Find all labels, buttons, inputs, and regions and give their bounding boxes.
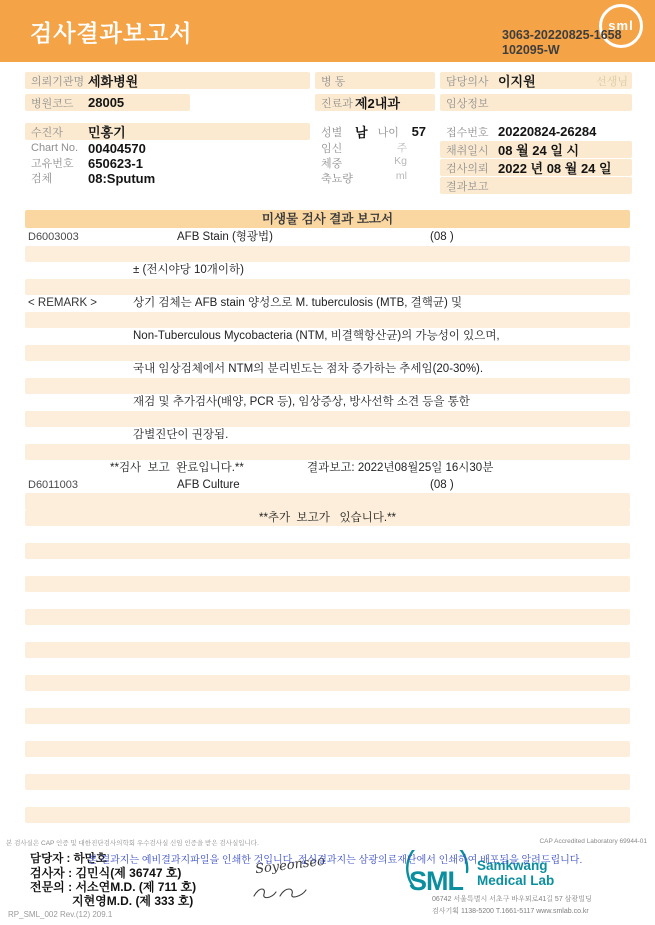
- stripe: [25, 741, 630, 758]
- stripe: [25, 609, 630, 626]
- result-value-row: ± (전시야당 10개이하): [25, 262, 630, 279]
- info-column-left: 의뢰기관명 세화병원 병원코드 28005 수진자 민홍기 Chart No. …: [25, 72, 310, 186]
- receipt-no-value: 20220824-26284: [498, 124, 596, 139]
- remark-line: 감별진단이 권장됨.: [133, 427, 228, 444]
- row-unique-no: 고유번호 650623-1: [25, 156, 310, 170]
- specialist-line-2: 지현영M.D. (제 333 호): [72, 892, 193, 909]
- specimen-code: (08 ): [430, 229, 454, 246]
- row-urine: 축뇨량 ml: [315, 171, 435, 185]
- age-value: 57: [412, 124, 426, 139]
- stripe: [25, 378, 630, 395]
- sex-value: 남: [355, 122, 368, 141]
- row-reported: 결과보고: [440, 177, 632, 194]
- row-receipt-no: 접수번호 20220824-26284: [440, 123, 632, 140]
- stripe: [25, 774, 630, 791]
- remark-row-4: 재검 및 추가검사(배양, PCR 등), 임상증상, 방사선학 소견 등을 통…: [25, 394, 630, 411]
- row-clinical-info: 임상정보: [440, 94, 632, 111]
- report-footer: 본 검사실은 CAP 인증 및 대한진단검사의학회 우수검사실 신임 인증을 받…: [0, 836, 655, 925]
- remark-line: 국내 임상검체에서 NTM의 분리빈도는 점차 증가하는 추세임(20-30%)…: [133, 361, 483, 378]
- collected-value: 08 월 24 일 시: [498, 140, 579, 159]
- row-doctor: 담당의사 이지원 선생님: [440, 72, 632, 89]
- completion-message: **검사 보고 완료입니다.**: [110, 460, 244, 477]
- row-pregnancy: 임신 주: [315, 141, 435, 155]
- row-specimen: 검체 08:Sputum: [25, 171, 310, 185]
- stripe: [25, 411, 630, 428]
- result-row-afb-culture: D6011003 AFB Culture (08 ): [25, 477, 630, 494]
- doctor-label: 담당의사: [446, 73, 498, 89]
- department-value: 제2내과: [355, 93, 400, 112]
- additional-report-notice: **추가 보고가 있습니다.**: [25, 510, 630, 527]
- hospital-code-label: 병원코드: [31, 95, 88, 111]
- completion-row: **검사 보고 완료입니다.** 결과보고: 2022년08월25일 16시30…: [25, 460, 630, 477]
- specimen-code: (08 ): [430, 477, 454, 494]
- page-title: 검사결과보고서: [30, 15, 193, 48]
- result-row-afb-stain: D6003003 AFB Stain (형광법) (08 ): [25, 229, 630, 246]
- sml-wordmark-line2: Medical Lab: [477, 873, 554, 888]
- results-section: 미생물 검사 결과 보고서 D6003003 AFB Stain (형광법) (…: [25, 210, 630, 823]
- stripe: [25, 444, 630, 461]
- pregnancy-unit: 주: [397, 140, 407, 156]
- row-patient: 수진자 민홍기: [25, 123, 310, 140]
- info-column-middle: 병 동 진료과 제2내과 성별 남 나이 57 임신 주 체중 Kg: [315, 72, 435, 186]
- preliminary-notice: 본 결과지는 예비결과지파일을 인쇄한 것입니다. 정식결과지는 삼광의료재단에…: [88, 851, 582, 866]
- specimen-value: 08:Sputum: [88, 171, 155, 186]
- report-header: 검사결과보고서 3063-20220825-1658 102095-W sml: [0, 0, 655, 62]
- remark-row-3: 국내 임상검체에서 NTM의 분리빈도는 점차 증가하는 추세임(20-30%)…: [25, 361, 630, 378]
- pregnancy-label: 임신: [321, 140, 355, 156]
- stripe: [25, 543, 630, 560]
- svg-text:SML: SML: [409, 866, 464, 896]
- document-code: RP_SML_002 Rev.(12) 209.1: [8, 910, 112, 919]
- specimen-label: 검체: [31, 170, 88, 186]
- ordering-org-label: 의뢰기관명: [31, 73, 88, 89]
- stripe: [25, 642, 630, 659]
- row-ward: 병 동: [315, 72, 435, 89]
- stripe: [25, 345, 630, 362]
- afb-stain-result: ± (전시야당 10개이하): [133, 262, 244, 279]
- row-requested: 검사의뢰 2022 년 08 월 24 일: [440, 159, 632, 176]
- stripe: [25, 708, 630, 725]
- sex-label: 성별: [321, 124, 355, 140]
- clinical-info-label: 임상정보: [446, 95, 503, 111]
- unique-no-value: 650623-1: [88, 156, 143, 171]
- age-label: 나이: [378, 124, 412, 140]
- remark-row-1: < REMARK > 상기 검체는 AFB stain 양성으로 M. tube…: [25, 295, 630, 312]
- remark-label: < REMARK >: [28, 295, 97, 312]
- row-ordering-org: 의뢰기관명 세화병원: [25, 72, 310, 89]
- reported-label: 결과보고: [446, 178, 498, 194]
- test-code: D6011003: [28, 477, 78, 494]
- report-number-line2: 102095-W: [502, 43, 622, 58]
- collected-label: 채취일시: [446, 142, 498, 158]
- test-name: AFB Stain (형광법): [177, 229, 273, 246]
- row-sex-age: 성별 남 나이 57: [315, 123, 435, 140]
- urine-label: 축뇨량: [321, 170, 355, 186]
- row-weight: 체중 Kg: [315, 156, 435, 170]
- hospital-code-value: 28005: [88, 95, 124, 110]
- remark-row-5: 감별진단이 권장됨.: [25, 427, 630, 444]
- test-name: AFB Culture: [177, 477, 240, 494]
- lab-address: 06742 서울특별시 서초구 바우뫼로41길 57 삼광빌딩: [432, 894, 592, 904]
- remark-row-2: Non-Tuberculous Mycobacteria (NTM, 비결핵항산…: [25, 328, 630, 345]
- ordering-org-value: 세화병원: [88, 71, 138, 90]
- receipt-no-label: 접수번호: [446, 124, 498, 140]
- doctor-suffix: 선생님: [596, 73, 628, 89]
- stripe: [25, 493, 630, 510]
- report-timestamp: 결과보고: 2022년08월25일 16시30분: [307, 460, 493, 477]
- section-title: 미생물 검사 결과 보고서: [25, 210, 630, 228]
- patient-label: 수진자: [31, 124, 88, 140]
- accreditation-text: 본 검사실은 CAP 인증 및 대한진단검사의학회 우수검사실 신임 인증을 받…: [6, 838, 259, 847]
- chart-no-value: 00404570: [88, 141, 146, 156]
- row-department: 진료과 제2내과: [315, 94, 435, 111]
- stripe: [25, 312, 630, 329]
- stripe: [25, 807, 630, 824]
- requested-value: 2022 년 08 월 24 일: [498, 158, 612, 177]
- ward-label: 병 동: [321, 73, 378, 89]
- stripe: [25, 246, 630, 263]
- stripe: [25, 576, 630, 593]
- chart-no-label: Chart No.: [31, 142, 88, 154]
- remark-line: 상기 검체는 AFB stain 양성으로 M. tuberculosis (M…: [133, 295, 462, 312]
- row-hospital-code: 병원코드 28005: [25, 94, 190, 111]
- lab-report-page: 검사결과보고서 3063-20220825-1658 102095-W sml …: [0, 0, 655, 925]
- weight-unit: Kg: [394, 155, 407, 171]
- requested-label: 검사의뢰: [446, 160, 498, 176]
- report-number: 3063-20220825-1658 102095-W: [502, 28, 622, 58]
- weight-label: 체중: [321, 155, 355, 171]
- cap-accreditation-text: CAP Accredited Laboratory 69944-01: [539, 838, 647, 845]
- info-column-right: 담당의사 이지원 선생님 임상정보 접수번호 20220824-26284 채취…: [440, 72, 632, 199]
- stripe: [25, 279, 630, 296]
- remark-line: Non-Tuberculous Mycobacteria (NTM, 비결핵항산…: [133, 328, 500, 345]
- signature-scribble-icon: [252, 884, 308, 907]
- department-label: 진료과: [321, 95, 355, 111]
- doctor-name: 이지원: [498, 71, 536, 90]
- remark-line: 재검 및 추가검사(배양, PCR 등), 임상증상, 방사선학 소견 등을 통…: [133, 394, 470, 411]
- patient-name: 민홍기: [88, 122, 126, 141]
- urine-unit: ml: [396, 170, 407, 186]
- test-code: D6003003: [28, 229, 79, 246]
- report-number-line1: 3063-20220825-1658: [502, 28, 622, 43]
- unique-no-label: 고유번호: [31, 155, 88, 171]
- lab-contact: 검사기획 1138-5200 T.1661-5117 www.smlab.co.…: [432, 906, 589, 916]
- row-collected: 채취일시 08 월 24 일 시: [440, 141, 632, 158]
- row-chart-no: Chart No. 00404570: [25, 141, 310, 155]
- stripe: [25, 675, 630, 692]
